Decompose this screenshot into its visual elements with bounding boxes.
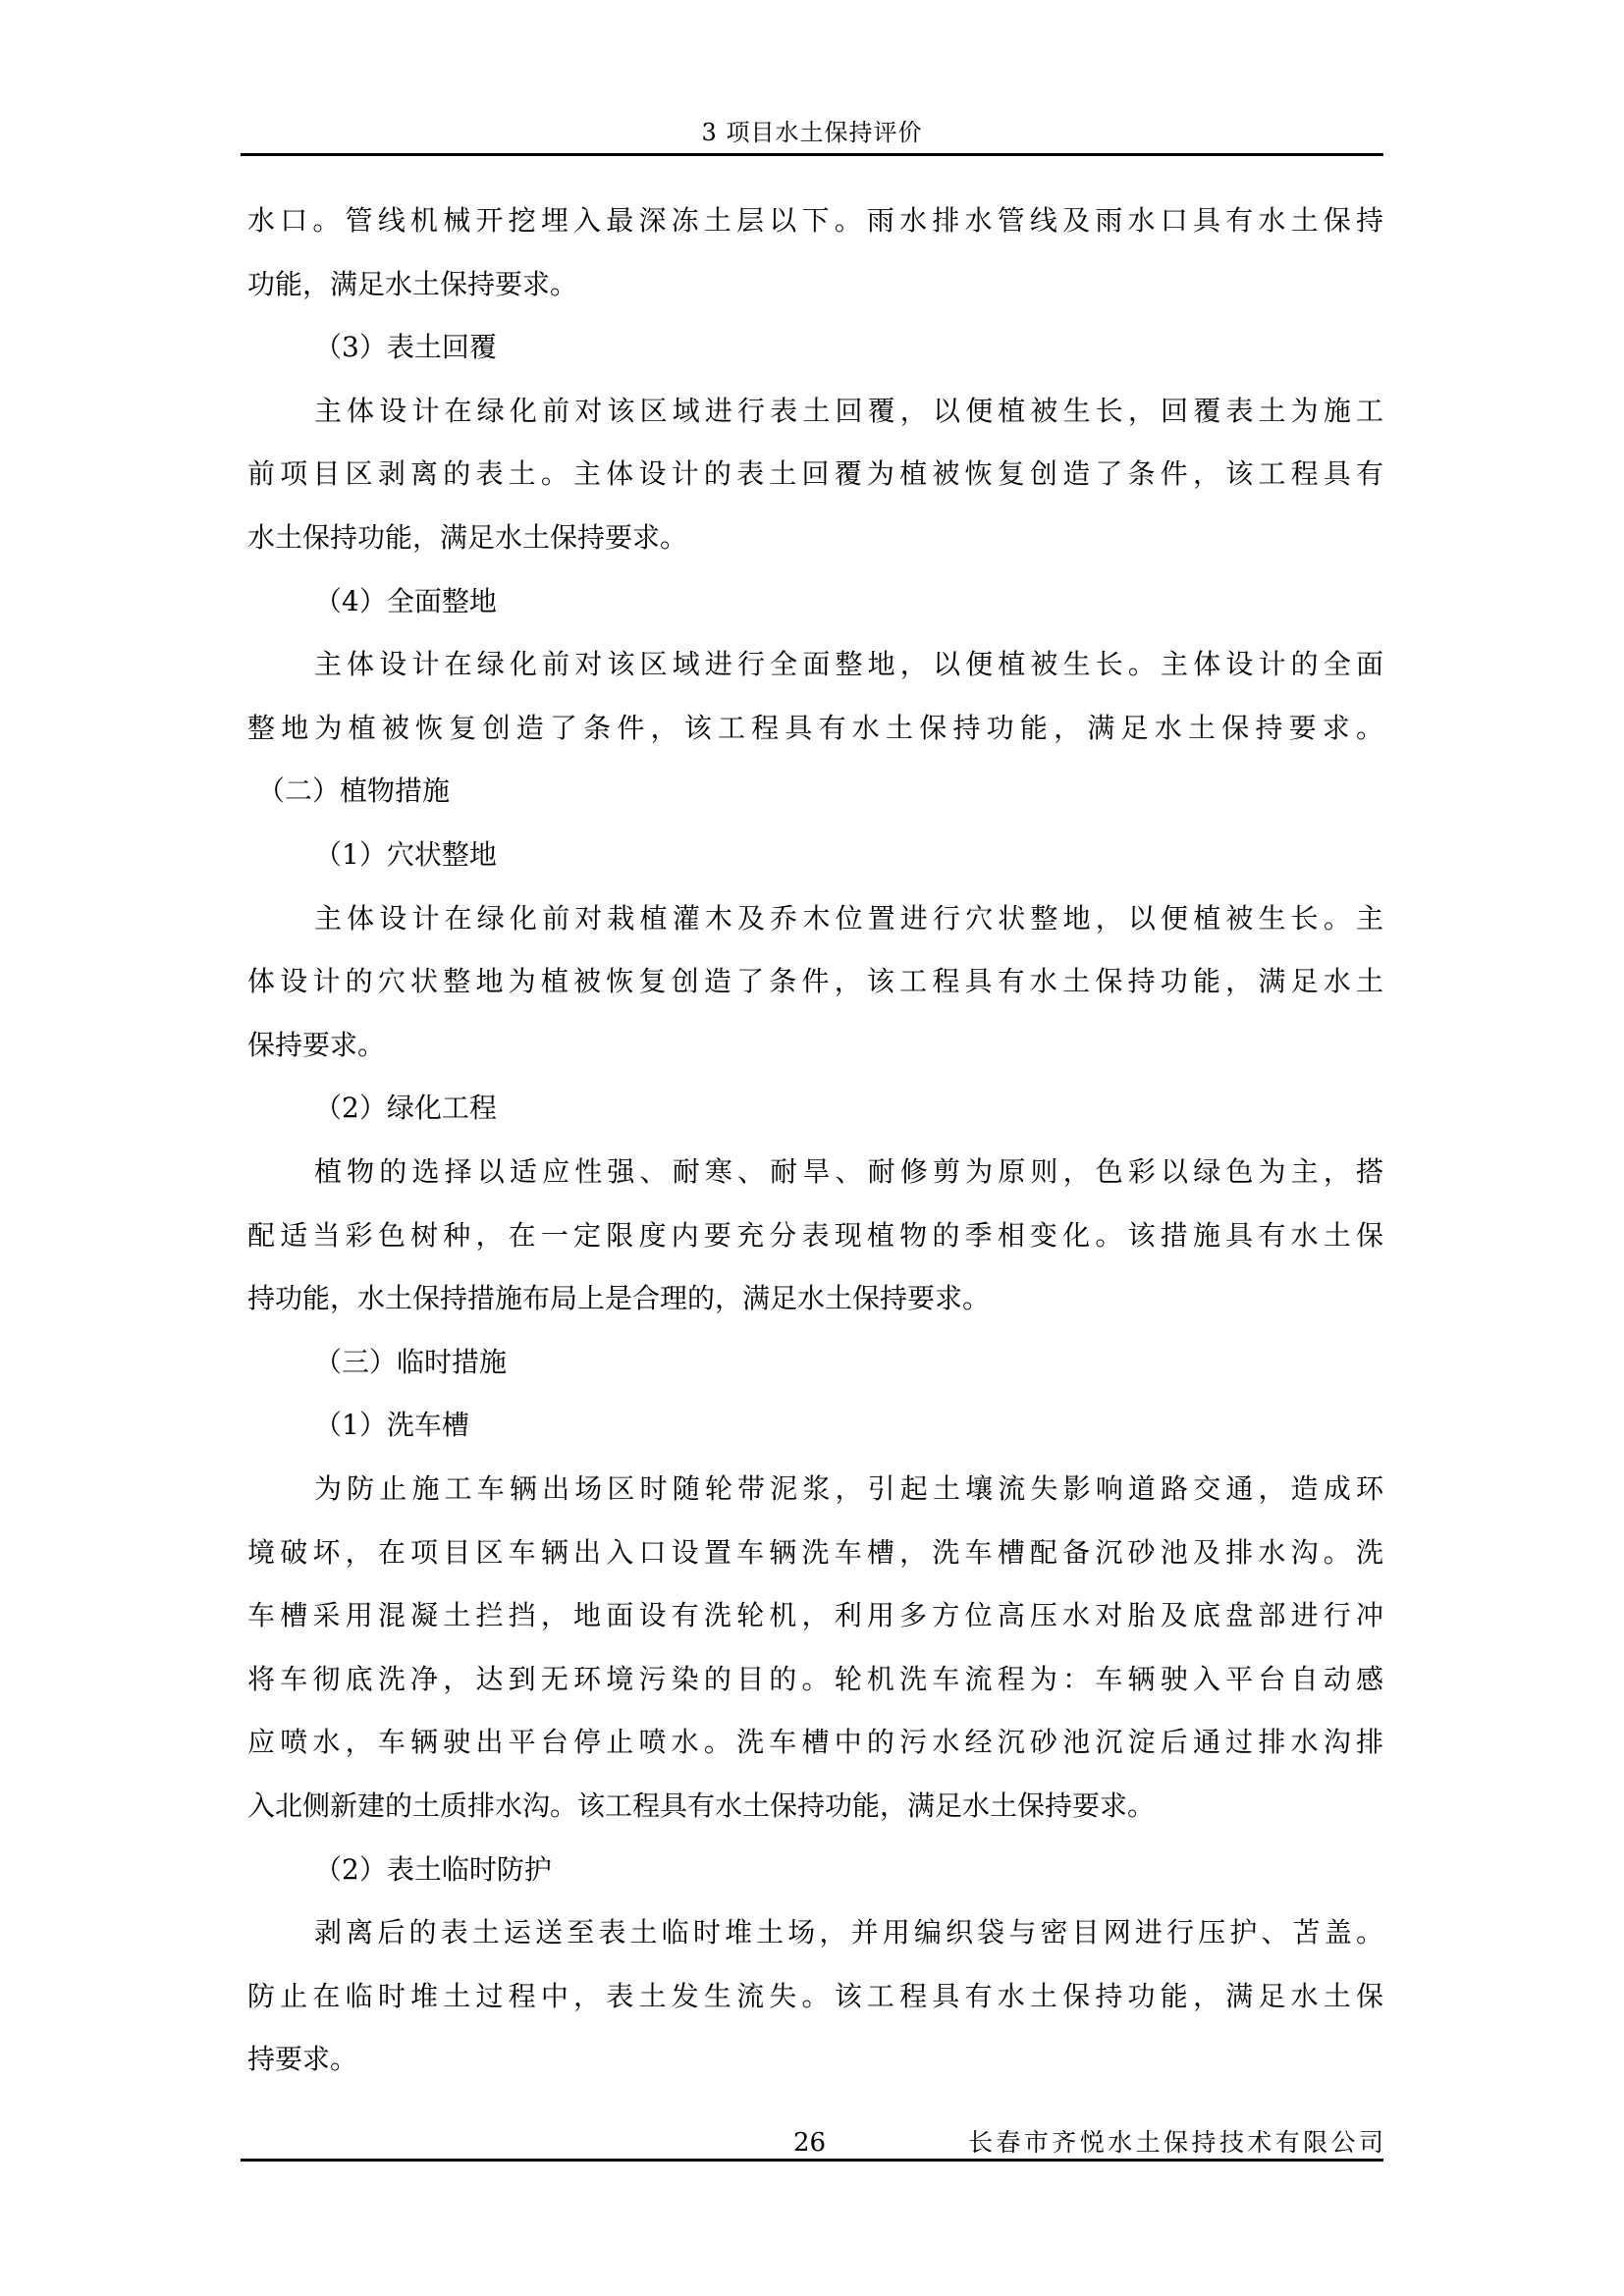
footer-company-name: 长春市齐悦水土保持技术有限公司 <box>968 2126 1383 2160</box>
text-line: 水口。管线机械开挖埋入最深冻土层以下。雨水排水管线及雨水口具有水土保持 <box>247 201 1383 240</box>
subsection-heading: （4）全面整地 <box>314 582 497 621</box>
text-line: 主体设计在绿化前对栽植灌木及乔木位置进行穴状整地，以便植被生长。主 <box>314 899 1383 938</box>
text-line: 持功能，水土保持措施布局上是合理的，满足水土保持要求。 <box>247 1279 990 1318</box>
text-line: 功能，满足水土保持要求。 <box>247 265 577 304</box>
subsection-heading: （2）绿化工程 <box>314 1089 497 1128</box>
text-line: 水土保持功能，满足水土保持要求。 <box>247 518 687 558</box>
text-line: 保持要求。 <box>247 1026 385 1065</box>
text-line: 整地为植被恢复创造了条件，该工程具有水土保持功能，满足水土保持要求。 <box>247 709 1383 748</box>
text-line: 为防止施工车辆出场区时随轮带泥浆，引起土壤流失影响道路交通，造成环 <box>314 1469 1383 1509</box>
text-line: 境破坏，在项目区车辆出入口设置车辆洗车槽，洗车槽配备沉砂池及排水沟。洗 <box>247 1533 1383 1573</box>
text-line: 植物的选择以适应性强、耐寒、耐旱、耐修剪为原则，色彩以绿色为主，搭 <box>314 1152 1383 1192</box>
section-heading: （二）植物措施 <box>257 772 450 811</box>
header-rule <box>241 153 1383 156</box>
footer-rule <box>241 2159 1383 2162</box>
text-line: 前项目区剥离的表土。主体设计的表土回覆为植被恢复创造了条件，该工程具有 <box>247 454 1383 494</box>
text-line: 应喷水，车辆驶出平台停止喷水。洗车槽中的污水经沉砂池沉淀后通过排水沟排 <box>247 1723 1383 1762</box>
subsection-heading: （1）洗车槽 <box>314 1406 469 1445</box>
text-line: 车槽采用混凝土拦挡，地面设有洗轮机，利用多方位高压水对胎及底盘部进行冲 <box>247 1596 1383 1635</box>
section-heading: （三）临时措施 <box>314 1343 507 1382</box>
subsection-heading: （3）表土回覆 <box>314 328 497 367</box>
text-line: 主体设计在绿化前对该区域进行表土回覆，以便植被生长，回覆表土为施工 <box>314 392 1383 431</box>
text-line: 配适当彩色树种，在一定限度内要充分表现植物的季相变化。该措施具有水土保 <box>247 1216 1383 1255</box>
subsection-heading: （2）表土临时防护 <box>314 1850 552 1890</box>
text-line: 体设计的穴状整地为植被恢复创造了条件，该工程具有水土保持功能，满足水土 <box>247 962 1383 1001</box>
text-line: 将车彻底洗净，达到无环境污染的目的。轮机洗车流程为：车辆驶入平台自动感 <box>247 1660 1383 1699</box>
text-line: 入北侧新建的土质排水沟。该工程具有水土保持功能，满足水土保持要求。 <box>247 1787 1155 1826</box>
text-line: 剥离后的表土运送至表土临时堆土场，并用编织袋与密目网进行压护、苫盖。 <box>314 1913 1383 1952</box>
page-number: 26 <box>793 2126 826 2160</box>
text-line: 持要求。 <box>247 2040 357 2079</box>
running-header-title: 3 项目水土保持评价 <box>241 116 1383 149</box>
subsection-heading: （1）穴状整地 <box>314 835 497 875</box>
text-line: 主体设计在绿化前对该区域进行全面整地，以便植被生长。主体设计的全面 <box>314 645 1383 684</box>
document-page: 3 项目水土保持评价 水口。管线机械开挖埋入最深冻土层以下。雨水排水管线及雨水口… <box>0 0 1624 2296</box>
text-line: 防止在临时堆土过程中，表土发生流失。该工程具有水土保持功能，满足水土保 <box>247 1977 1383 2016</box>
